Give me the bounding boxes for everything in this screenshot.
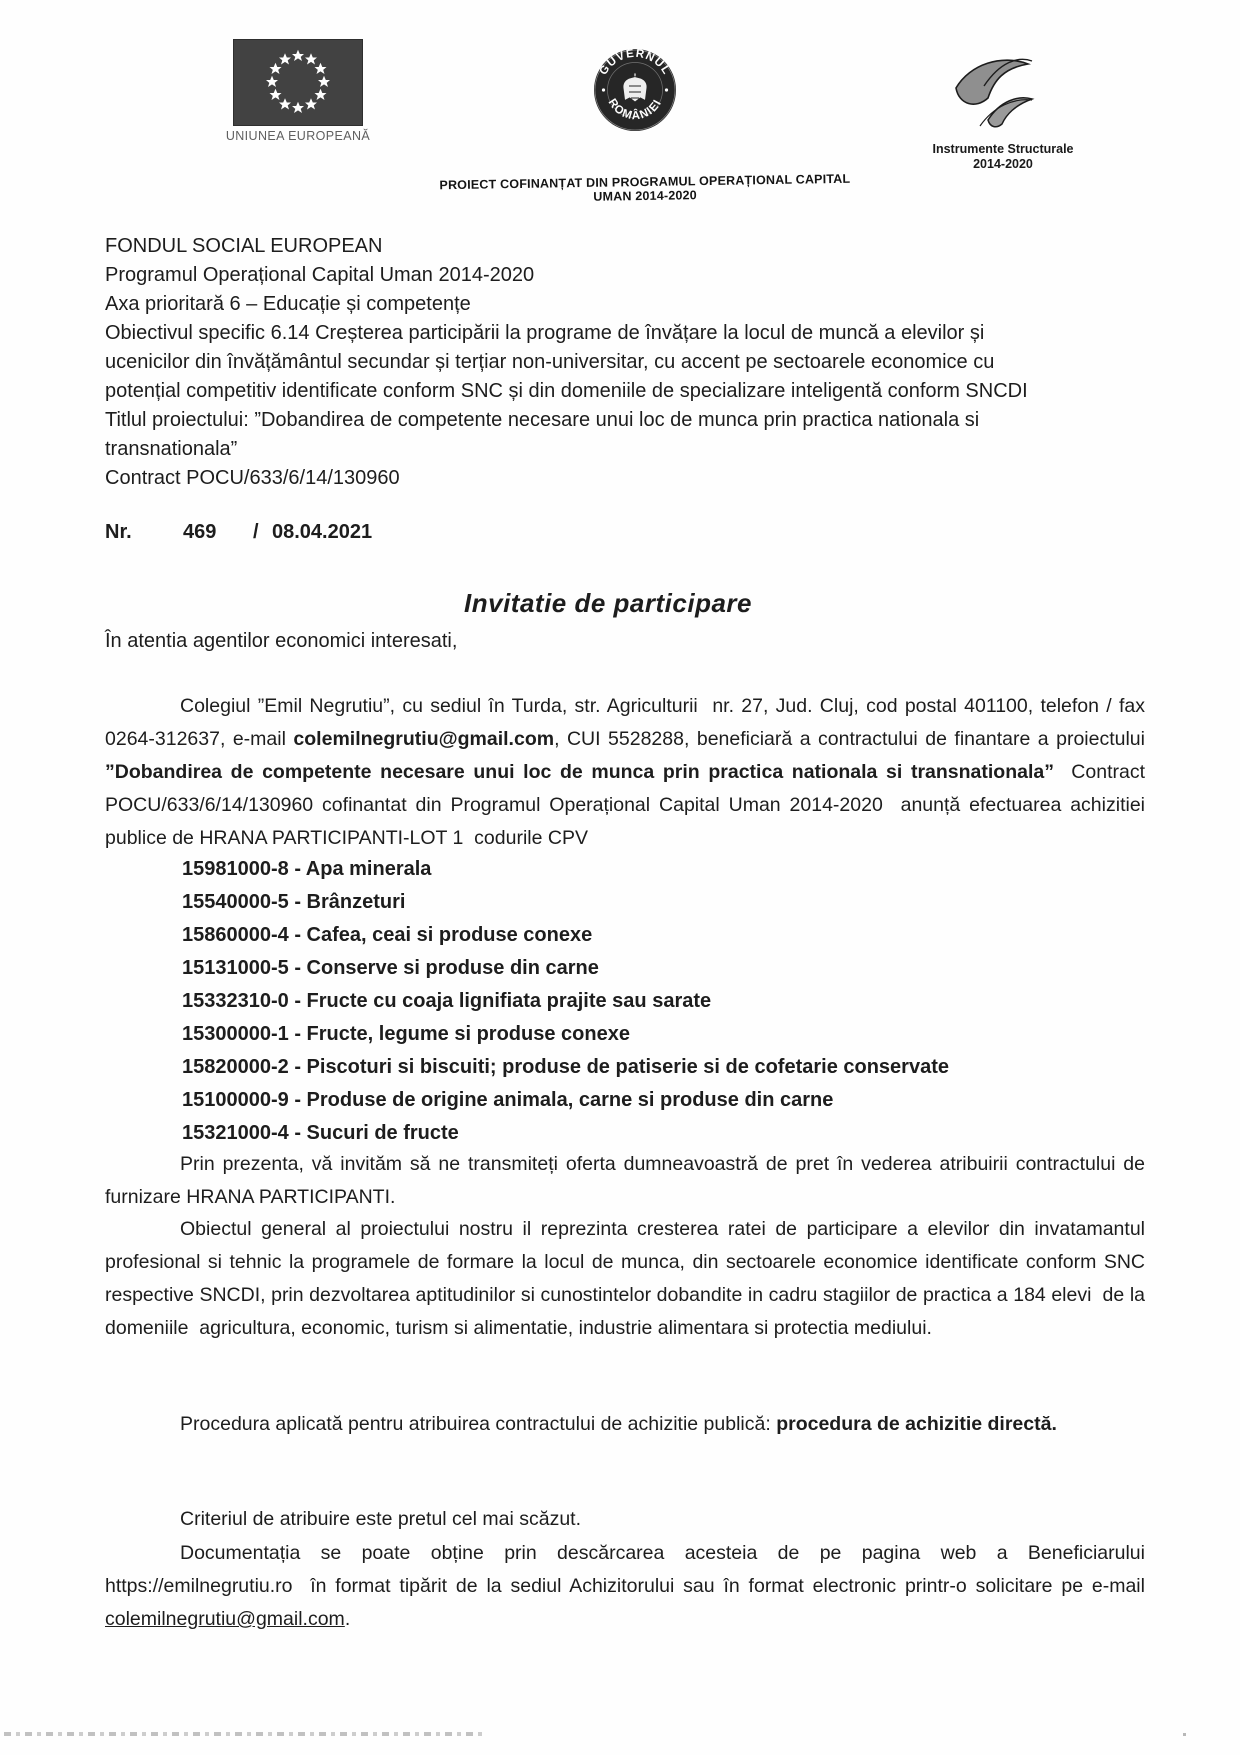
structural-caption-line1: Instrumente Structurale [918,142,1088,157]
document-page: UNIUNEA EUROPEANĂ GUVERNUL ROMÂNIEI [0,0,1240,1755]
paragraph-procedure: Procedura aplicată pentru atribuirea con… [105,1408,1145,1441]
structural-instruments-logo [950,54,1036,140]
email-link[interactable]: colemilnegrutiu@gmail.com [105,1608,345,1630]
cpv-list: 15981000-8 - Apa minerala 15540000-5 - B… [182,853,1162,1150]
paragraph-text: Procedura aplicată pentru atribuirea con… [180,1413,776,1435]
program-info-block: FONDUL SOCIAL EUROPEAN Programul Operați… [105,232,1165,493]
structural-instruments-caption: Instrumente Structurale 2014-2020 [918,142,1088,172]
procedure-type-bold: procedura de achizitie directă. [776,1413,1057,1435]
paragraph-objective: Obiectul general al proiectului nostru i… [105,1213,1145,1345]
romanian-government-seal: GUVERNUL ROMÂNIEI [593,48,677,132]
program-line: Obiectivul specific 6.14 Creșterea parti… [105,319,1165,348]
document-title: Invitatie de participare [105,586,1145,620]
swoosh-icon [950,54,1036,140]
cpv-item: 15332310-0 - Fructe cu coaja lignifiata … [182,985,1162,1018]
program-line: transnationala” [105,435,1165,464]
cofinance-banner: PROIECT COFINANȚAT DIN PROGRAMUL OPERAȚI… [420,171,870,206]
paragraph-text: , CUI 5528288, beneficiară a contractulu… [554,728,1150,750]
beneficiary-email: colemilnegrutiu@gmail.com [293,728,554,750]
paragraph-text: Documentația se poate obține prin descăr… [105,1542,1150,1597]
scan-artifact-dot [1183,1733,1186,1736]
registration-slash: / [253,518,259,547]
paragraph-criterion: Criteriul de atribuire este pretul cel m… [105,1503,1145,1536]
cpv-item: 15981000-8 - Apa minerala [182,853,1162,886]
registration-number: 469 [183,518,216,547]
project-title-bold: ”Dobandirea de competente necesare unui … [105,761,1054,783]
program-line: Contract POCU/633/6/14/130960 [105,464,1165,493]
registration-line: Nr. 469 / 08.04.2021 [105,518,1145,547]
program-line: Titlul proiectului: ”Dobandirea de compe… [105,406,1165,435]
eu-stars-icon [234,40,362,125]
paragraph-beneficiary: Colegiul ”Emil Negrutiu”, cu sediul în T… [105,690,1145,855]
program-line: ucenicilor din învățământul secundar și … [105,348,1165,377]
cpv-item: 15300000-1 - Fructe, legume si produse c… [182,1018,1162,1051]
cpv-item: 15860000-4 - Cafea, ceai si produse cone… [182,919,1162,952]
registration-label: Nr. [105,518,132,547]
registration-date: 08.04.2021 [272,518,372,547]
cpv-item: 15540000-5 - Brânzeturi [182,886,1162,919]
program-line: FONDUL SOCIAL EUROPEAN [105,232,1165,261]
program-line: potențial competitiv identificate confor… [105,377,1165,406]
eu-flag-caption: UNIUNEA EUROPEANĂ [218,129,378,143]
program-line: Axa prioritară 6 – Educație și competenț… [105,290,1165,319]
cpv-item: 15131000-5 - Conserve si produse din car… [182,952,1162,985]
cpv-item: 15100000-9 - Produse de origine animala,… [182,1084,1162,1117]
paragraph-documentation: Documentația se poate obține prin descăr… [105,1537,1145,1636]
paragraph-text: . [345,1608,350,1630]
cpv-item: 15321000-4 - Sucuri de fructe [182,1117,1162,1150]
structural-caption-line2: 2014-2020 [918,157,1088,172]
eu-flag-logo [234,40,362,125]
salutation: În atentia agentilor economici interesat… [105,627,1145,656]
government-seal-icon: GUVERNUL ROMÂNIEI [593,48,677,132]
scan-artifact-line [4,1732,486,1736]
cpv-item: 15820000-2 - Piscoturi si biscuiti; prod… [182,1051,1162,1084]
document-title-text: Invitatie de participare [464,588,752,618]
program-line: Programul Operațional Capital Uman 2014-… [105,261,1165,290]
paragraph-invitation: Prin prezenta, vă invităm să ne transmit… [105,1148,1145,1214]
